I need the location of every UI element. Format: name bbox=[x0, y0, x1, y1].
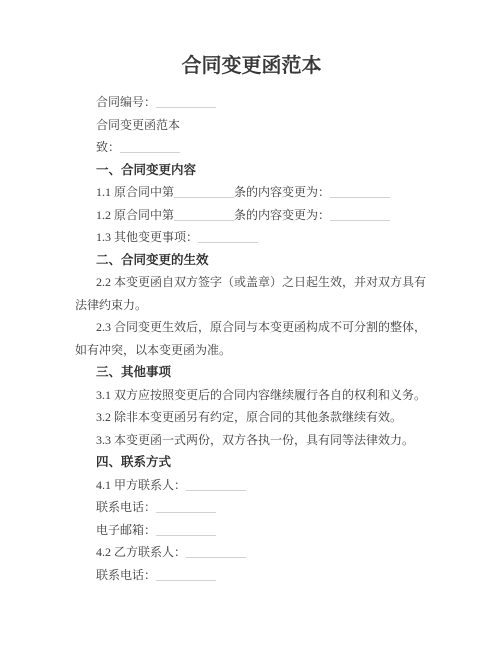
text-segment: 4.2 乙方联系人： bbox=[96, 545, 186, 559]
document-line: 1.3 其他变更事项：__________ bbox=[75, 226, 432, 249]
document-line: 1.1 原合同中第__________条的内容变更为：__________ bbox=[75, 181, 432, 204]
document-line: 4.1 甲方联系人：__________ bbox=[75, 474, 432, 497]
document-line: 如有冲突，以本变更函为准。 bbox=[75, 339, 432, 362]
text-segment: 合同编号： bbox=[96, 95, 156, 109]
text-segment: 2.2 本变更函自双方签字（或盖章）之日起生效，并对双方具有 bbox=[96, 275, 426, 289]
text-segment: 电子邮箱： bbox=[96, 523, 156, 537]
text-segment: 合同变更函范本 bbox=[96, 118, 180, 132]
text-segment: 如有冲突，以本变更函为准。 bbox=[75, 343, 231, 357]
document-line: 电子邮箱：__________ bbox=[75, 519, 432, 542]
text-segment: 1.2 原合同中第 bbox=[96, 208, 174, 222]
text-segment: 联系电话： bbox=[96, 568, 156, 582]
section-heading-line: 三、其他事项 bbox=[75, 361, 432, 384]
text-segment: 4.1 甲方联系人： bbox=[96, 478, 186, 492]
blank-field: __________ bbox=[174, 185, 234, 199]
text-segment: 1.3 其他变更事项： bbox=[96, 230, 198, 244]
blank-field: __________ bbox=[156, 95, 216, 109]
document-line: 联系电话：__________ bbox=[75, 564, 432, 587]
section-heading-line: 四、联系方式 bbox=[75, 451, 432, 474]
document-body: 合同编号：__________合同变更函范本致：__________一、合同变更… bbox=[75, 91, 432, 586]
text-segment: 1.1 原合同中第 bbox=[96, 185, 174, 199]
blank-field: __________ bbox=[186, 545, 246, 559]
blank-field: __________ bbox=[156, 500, 216, 514]
document-page: 合同变更函范本 合同编号：__________合同变更函范本致：________… bbox=[0, 0, 500, 647]
section-heading-line: 二、合同变更的生效 bbox=[75, 249, 432, 272]
text-segment: 2.3 合同变更生效后，原合同与本变更函构成不可分割的整体， bbox=[96, 320, 426, 334]
document-title: 合同变更函范本 bbox=[75, 54, 428, 78]
text-segment: 二、合同变更的生效 bbox=[96, 253, 209, 267]
text-segment: 致： bbox=[96, 140, 120, 154]
blank-field: __________ bbox=[174, 208, 234, 222]
document-line: 2.3 合同变更生效后，原合同与本变更函构成不可分割的整体， bbox=[75, 316, 432, 339]
document-line: 1.2 原合同中第__________条的内容变更为：__________ bbox=[75, 204, 432, 227]
blank-field: __________ bbox=[156, 523, 216, 537]
blank-field: __________ bbox=[156, 568, 216, 582]
section-heading-line: 一、合同变更内容 bbox=[75, 159, 432, 182]
text-segment: 3.2 除非本变更函另有约定，原合同的其他条款继续有效。 bbox=[96, 410, 402, 424]
text-segment: 条的内容变更为： bbox=[234, 185, 330, 199]
text-segment: 四、联系方式 bbox=[96, 455, 171, 469]
blank-field: __________ bbox=[186, 478, 246, 492]
blank-field: __________ bbox=[330, 208, 390, 222]
text-segment: 3.3 本变更函一式两份，双方各执一份，具有同等法律效力。 bbox=[96, 433, 414, 447]
blank-field: __________ bbox=[120, 140, 180, 154]
document-line: 4.2 乙方联系人：__________ bbox=[75, 541, 432, 564]
document-line: 致：__________ bbox=[75, 136, 432, 159]
blank-field: __________ bbox=[198, 230, 258, 244]
document-line: 合同编号：__________ bbox=[75, 91, 432, 114]
text-segment: 三、其他事项 bbox=[96, 365, 171, 379]
document-line: 联系电话：__________ bbox=[75, 496, 432, 519]
text-segment: 一、合同变更内容 bbox=[96, 163, 196, 177]
text-segment: 条的内容变更为： bbox=[234, 208, 330, 222]
document-line: 法律约束力。 bbox=[75, 294, 432, 317]
document-line: 3.1 双方应按照变更后的合同内容继续履行各自的权利和义务。 bbox=[75, 384, 432, 407]
text-segment: 3.1 双方应按照变更后的合同内容继续履行各自的权利和义务。 bbox=[96, 388, 426, 402]
text-segment: 联系电话： bbox=[96, 500, 156, 514]
document-line: 3.3 本变更函一式两份，双方各执一份，具有同等法律效力。 bbox=[75, 429, 432, 452]
document-line: 3.2 除非本变更函另有约定，原合同的其他条款继续有效。 bbox=[75, 406, 432, 429]
document-line: 2.2 本变更函自双方签字（或盖章）之日起生效，并对双方具有 bbox=[75, 271, 432, 294]
document-line: 合同变更函范本 bbox=[75, 114, 432, 137]
blank-field: __________ bbox=[330, 185, 390, 199]
text-segment: 法律约束力。 bbox=[75, 298, 147, 312]
